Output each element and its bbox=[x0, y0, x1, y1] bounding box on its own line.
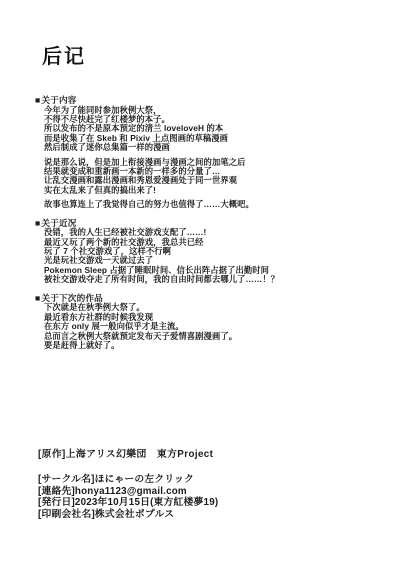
page-title: 后记 bbox=[42, 40, 86, 69]
section: ■关于下次的作品下次就是在秋季例大祭了。最近看东方社群的时候我发现在东方 onl… bbox=[35, 294, 394, 351]
body-line: 实在太乱来了但真的搞出来了! bbox=[35, 186, 394, 195]
section: ■关于近况没错，我的人生已经被社交游戏支配了……!最近又玩了两个新的社交游戏，我… bbox=[35, 219, 394, 285]
colophon-credit-line: [印刷会社名]株式会社ポプルス bbox=[38, 509, 394, 521]
paragraph: 今年为了能同时参加秋例大祭，不得不尽快赶完了红楼梦的本子。所以发布的不是原本预定… bbox=[35, 106, 394, 153]
colophon-credit-line: [サークル名]ほにゃーの左クリック bbox=[38, 474, 394, 486]
afterword-sections: ■关于内容今年为了能同时参加秋例大祭，不得不尽快赶完了红楼梦的本子。所以发布的不… bbox=[35, 96, 394, 359]
body-line: 要是赶得上就好了。 bbox=[35, 341, 394, 350]
colophon-credit-line: [連絡先]honya1123@gmail.com bbox=[38, 486, 394, 498]
body-line: 被社交游戏夺走了所有时间，我的自由时间都去哪儿了……！？ bbox=[35, 275, 394, 284]
afterword-page: 后记 ■关于内容今年为了能同时参加秋例大祭，不得不尽快赶完了红楼梦的本子。所以发… bbox=[0, 0, 400, 565]
paragraph: 下次就是在秋季例大祭了。最近看东方社群的时候我发现在东方 only 展一般向似乎… bbox=[35, 303, 394, 350]
section-title: 关于内容 bbox=[41, 95, 76, 105]
colophon: [原作]上海アリス幻樂団 東方Project [サークル名]ほにゃーの左クリック… bbox=[38, 446, 394, 521]
paragraph: 说是那么说，但是加上衔接漫画与漫画之间的加笔之后结果就变成和重新画一本新的一样多… bbox=[35, 158, 394, 196]
section-title: 关于近况 bbox=[41, 218, 76, 228]
section-title: 关于下次的作品 bbox=[41, 293, 103, 303]
section-bullet-icon: ■ bbox=[35, 218, 40, 228]
section-bullet-icon: ■ bbox=[35, 293, 40, 303]
colophon-credit-line: [発行日]2023年10月15日(東方紅楼夢19) bbox=[38, 497, 394, 509]
colophon-credits: [サークル名]ほにゃーの左クリック[連絡先]honya1123@gmail.co… bbox=[38, 474, 394, 521]
body-line: 然后制成了迷你总集篇一样的漫画 bbox=[35, 143, 394, 152]
section-bullet-icon: ■ bbox=[35, 95, 40, 105]
colophon-original-work: [原作]上海アリス幻樂団 東方Project bbox=[38, 446, 394, 460]
paragraph: 故事也算连上了我觉得自己的努力也值得了……大概吧。 bbox=[35, 200, 394, 209]
paragraph: 没错，我的人生已经被社交游戏支配了……!最近又玩了两个新的社交游戏，我总共已经玩… bbox=[35, 228, 394, 284]
section: ■关于内容今年为了能同时参加秋例大祭，不得不尽快赶完了红楼梦的本子。所以发布的不… bbox=[35, 96, 394, 210]
body-line: 故事也算连上了我觉得自己的努力也值得了……大概吧。 bbox=[35, 200, 394, 209]
